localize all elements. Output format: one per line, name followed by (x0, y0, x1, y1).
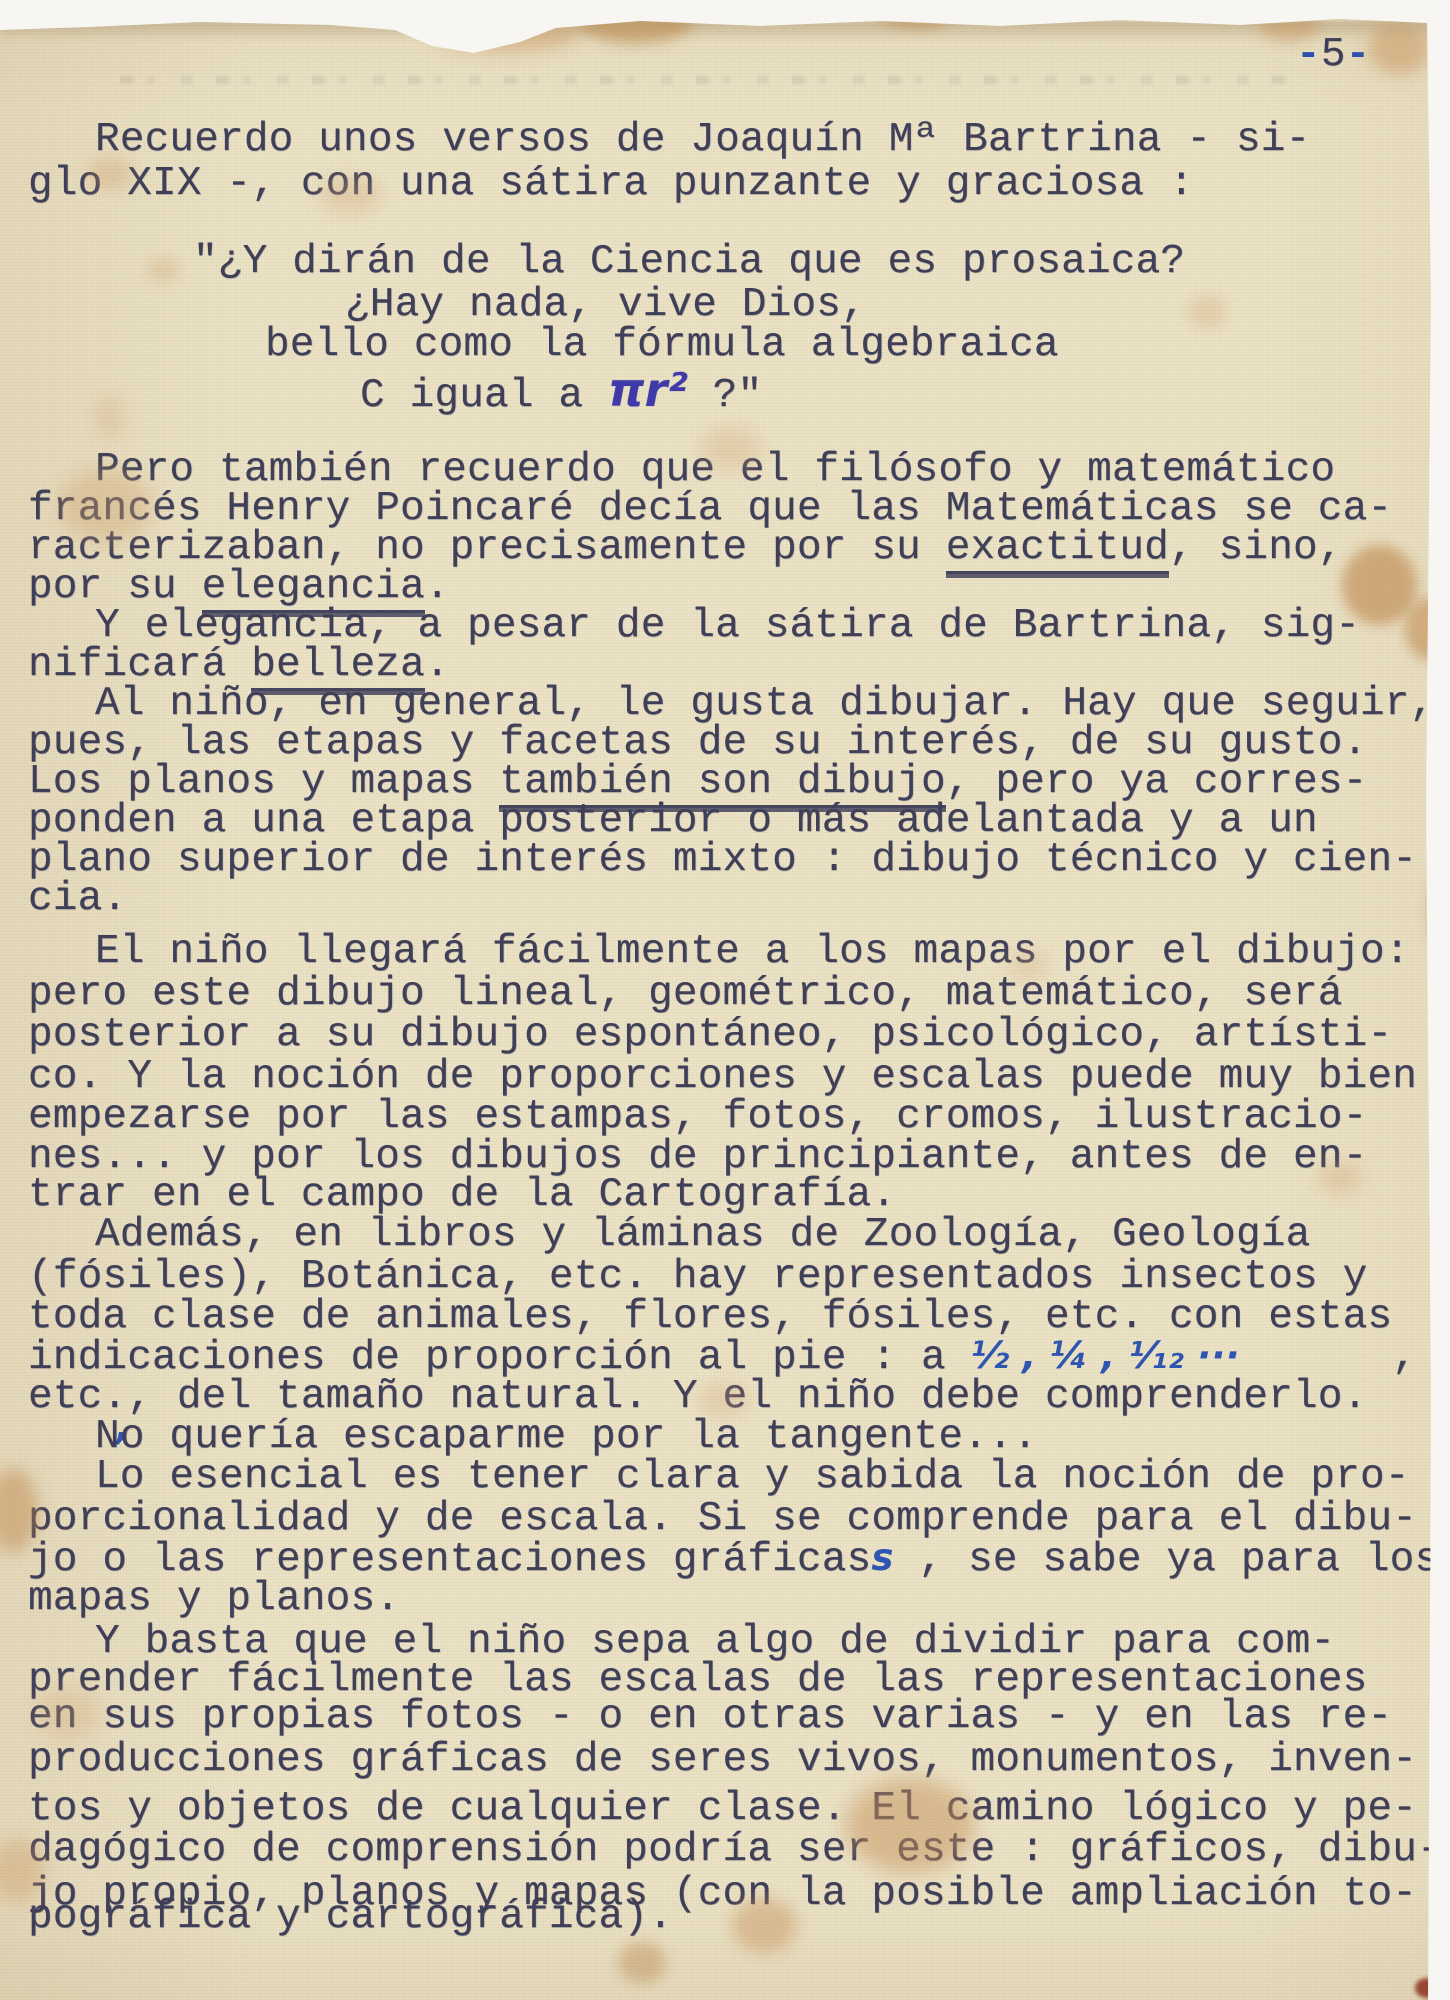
typed-text: (fósiles), Botánica, etc. hay representa… (28, 1257, 1367, 1298)
paper-stain (880, 0, 955, 29)
text-line: pero este dibujo lineal, geométrico, mat… (28, 974, 1343, 1015)
typed-text: co. Y la noción de proporciones y escala… (28, 1057, 1417, 1098)
typed-text: Al niño, en general, le gusta dibujar. H… (95, 684, 1434, 725)
ghost-text-band (120, 64, 1290, 92)
text-line: co. Y la noción de proporciones y escala… (28, 1057, 1417, 1098)
handwritten-annotation: ½ , ¼ , ¹⁄₁₂ ··· (971, 1337, 1240, 1374)
text-line: tos y objetos de cualquier clase. El cam… (28, 1789, 1417, 1830)
paper-stain (95, 395, 125, 440)
handwritten-annotation: - (1346, 35, 1371, 76)
paper-top-edge-shadow (0, 21, 1432, 41)
typed-text: , sino, (1169, 528, 1343, 569)
typed-text: Lo esencial es tener clara y sabida la n… (95, 1457, 1410, 1498)
typed-text: toda clase de animales, flores, fósiles,… (28, 1297, 1392, 1338)
paper-stain (430, 14, 580, 52)
typed-text: empezarse por las estampas, fotos, cromo… (28, 1097, 1367, 1138)
typed-text: racterizaban, no precisamente por su (28, 528, 946, 569)
paper-stain (1415, 1978, 1439, 1998)
typed-text: pero este dibujo lineal, geométrico, mat… (28, 974, 1343, 1015)
page-number: -5- (1296, 35, 1370, 76)
text-line: producciones gráficas de seres vivos, mo… (28, 1740, 1417, 1781)
typed-text: Los planos y mapas (28, 762, 499, 803)
typed-text: tos y objetos de cualquier clase. El cam… (28, 1789, 1417, 1830)
typed-text: indicaciones de proporción al pie : a (28, 1338, 971, 1379)
verse-line: bello como la fórmula algebraica (265, 325, 1059, 366)
handwritten-annotation: s (871, 1539, 893, 1576)
stray-comma: , (1392, 1337, 1417, 1378)
typed-text: mapas y planos. (28, 1579, 400, 1620)
typed-text: ¿Hay nada, vive Dios, (345, 285, 866, 326)
text-line: indicaciones de proporción al pie : a ½ … (28, 1337, 1240, 1379)
text-line: mapas y planos. (28, 1579, 400, 1620)
paper-stain (575, 0, 695, 44)
paper-stain (1430, 875, 1450, 950)
typed-text: porcionalidad y de escala. Si se compren… (28, 1499, 1417, 1540)
text-line: Y elegancia, a pesar de la sátira de Bar… (95, 606, 1360, 647)
typed-text: . (425, 645, 450, 686)
typed-text: jo o las representaciones gráficas (28, 1540, 871, 1581)
text-line: etc., del tamaño natural. Y el niño debe… (28, 1377, 1367, 1418)
text-line: Pero también recuerdo que el filósofo y … (95, 450, 1335, 491)
handwritten-annotation: - (1296, 35, 1321, 76)
typed-text: trar en el campo de la Cartografía. (28, 1175, 896, 1216)
text-line: toda clase de animales, flores, fósiles,… (28, 1297, 1392, 1338)
typed-text: , pero ya corres- (946, 762, 1368, 803)
typed-text: . (425, 567, 450, 608)
typed-text: C igual a (360, 376, 608, 417)
text-line: empezarse por las estampas, fotos, cromo… (28, 1097, 1367, 1138)
typed-text: plano superior de interés mixto : dibujo… (28, 840, 1417, 881)
text-line: El niño llegará fácilmente a los mapas p… (95, 932, 1410, 973)
text-line: posterior a su dibujo espontáneo, psicol… (28, 1015, 1392, 1056)
verse-line: ¿Hay nada, vive Dios, (345, 285, 866, 326)
typed-text: pográfica y cartográfica). (28, 1897, 673, 1938)
text-line: Además, en libros y láminas de Zoología,… (95, 1215, 1310, 1256)
typed-text: etc., del tamaño natural. Y el niño debe… (28, 1377, 1367, 1418)
text-line: francés Henry Poincaré decía que las Mat… (28, 489, 1392, 530)
text-line: (fósiles), Botánica, etc. hay representa… (28, 1257, 1367, 1298)
typed-text: , se sabe ya para los (894, 1540, 1440, 1581)
verse-line: "¿Y dirán de la Ciencia que es prosaica? (193, 242, 1185, 283)
text-line: jo o las representaciones gráficass , se… (28, 1539, 1439, 1581)
typed-text: Y elegancia, a pesar de la sátira de Bar… (95, 606, 1360, 647)
typed-text: exactitud (946, 528, 1169, 574)
manuscript-paper: -5-Recuerdo unos versos de Joaquín Mª Ba… (0, 0, 1450, 2000)
typed-text: , (1392, 1337, 1417, 1378)
typed-text: pues, las etapas y facetas de su interés… (28, 723, 1367, 764)
typed-text: Además, en libros y láminas de Zoología,… (95, 1215, 1310, 1256)
text-line: ponden a una etapa posterior o más adela… (28, 801, 1318, 842)
text-line: pográfica y cartográfica). (28, 1897, 673, 1938)
text-line: trar en el campo de la Cartografía. (28, 1175, 896, 1216)
typed-text: por su (28, 567, 202, 608)
paper-stain (618, 1942, 666, 1984)
text-line: glo XIX -, con una sátira punzante y gra… (28, 164, 1194, 205)
text-line: plano superior de interés mixto : dibujo… (28, 840, 1417, 881)
text-line: Al niño, en general, le gusta dibujar. H… (95, 684, 1434, 725)
typed-text: ponden a una etapa posterior o más adela… (28, 801, 1318, 842)
paper-stain (1368, 22, 1430, 74)
verse-line: C igual a πr² ?" (360, 367, 762, 417)
text-line: porcionalidad y de escala. Si se compren… (28, 1499, 1417, 1540)
paper-stain (148, 258, 178, 282)
typed-text: Pero también recuerdo que el filósofo y … (95, 450, 1335, 491)
typed-text: nificará (28, 645, 251, 686)
text-line: pues, las etapas y facetas de su interés… (28, 723, 1367, 764)
text-line: cia. (28, 879, 127, 920)
typed-text: glo XIX -, con una sátira punzante y gra… (28, 164, 1194, 205)
paper-stain (1188, 296, 1226, 328)
text-line: Lo esencial es tener clara y sabida la n… (95, 1457, 1410, 1498)
typed-text: cia. (28, 879, 127, 920)
text-line: No quería escaparme por la tangente... (95, 1417, 1038, 1458)
typed-text: posterior a su dibujo espontáneo, psicol… (28, 1015, 1392, 1056)
handwritten-annotation: πr² (608, 367, 688, 413)
typed-text: producciones gráficas de seres vivos, mo… (28, 1740, 1417, 1781)
text-line: dagógico de comprensión podría ser este … (28, 1830, 1442, 1871)
typed-text: ?" (688, 376, 762, 417)
typed-text: No quería escaparme por la tangente... (95, 1417, 1038, 1458)
typed-text: Recuerdo unos versos de Joaquín Mª Bartr… (95, 120, 1310, 161)
paper-stain (1405, 598, 1450, 660)
typed-text: en sus propias fotos - o en otras varias… (28, 1697, 1392, 1738)
typed-text: El niño llegará fácilmente a los mapas p… (95, 932, 1410, 973)
typed-text: dagógico de comprensión podría ser este … (28, 1830, 1442, 1871)
text-line: en sus propias fotos - o en otras varias… (28, 1697, 1392, 1738)
typed-text: "¿Y dirán de la Ciencia que es prosaica? (193, 242, 1185, 283)
typed-text: francés Henry Poincaré decía que las Mat… (28, 489, 1392, 530)
typed-text: 5 (1321, 35, 1346, 76)
text-line: Recuerdo unos versos de Joaquín Mª Bartr… (95, 120, 1310, 161)
typed-text: bello como la fórmula algebraica (265, 325, 1059, 366)
